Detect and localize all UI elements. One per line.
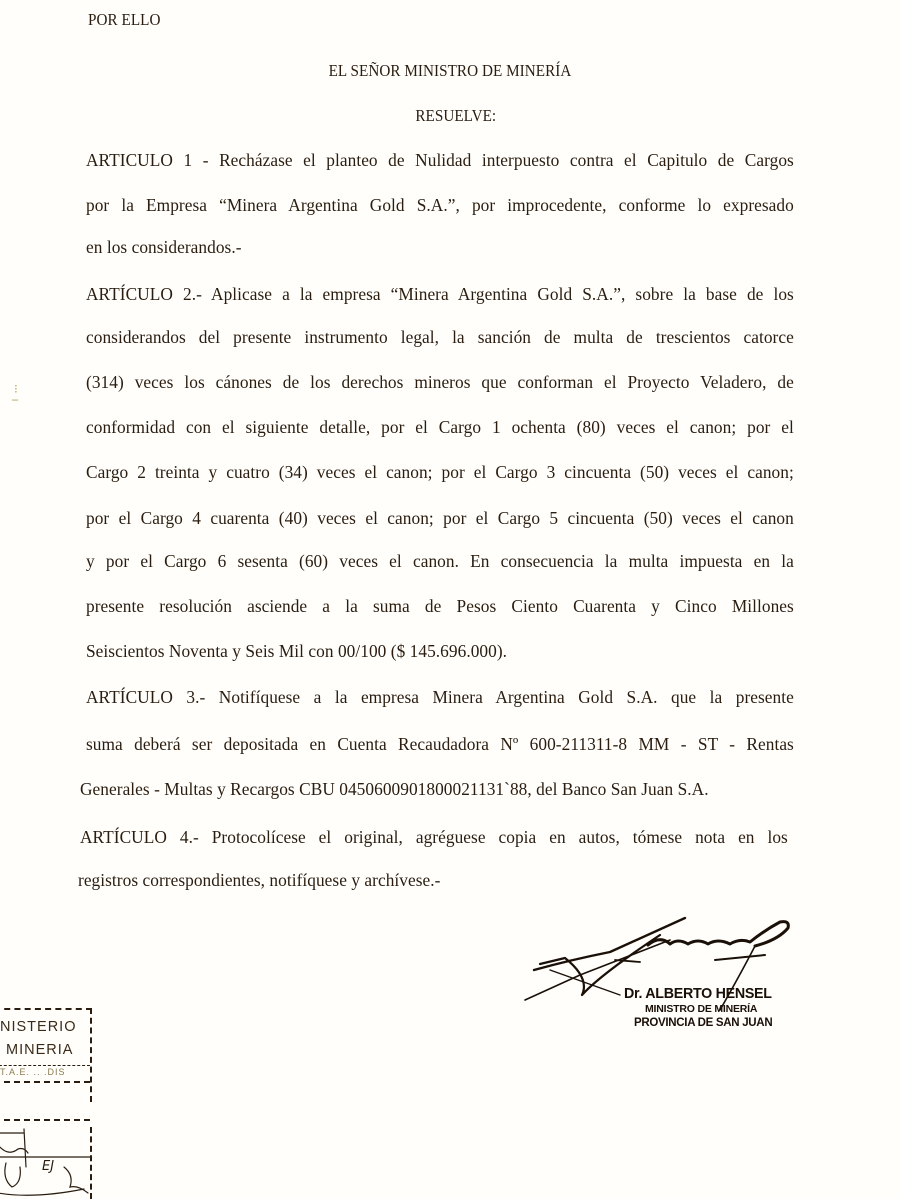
intro-text: POR ELLO	[88, 9, 160, 31]
stamp-handwritten-note: EJ	[42, 1159, 54, 1174]
article-line: presente resolución asciende a la suma d…	[86, 595, 794, 617]
signatory-province: PROVINCIA DE SAN JUAN	[634, 1017, 772, 1029]
document-page: POR ELLO EL SEÑOR MINISTRO DE MINERÍA RE…	[0, 0, 900, 1199]
stamp-text-line3: T.A.E. .. .DIS	[0, 1067, 66, 1077]
margin-mark: ⁝	[14, 382, 18, 396]
article-line: registros correspondientes, notifíquese …	[78, 869, 786, 891]
stamp-text-line2: MINERIA	[6, 1042, 73, 1058]
ministry-stamp: NISTERIO MINERIA T.A.E. .. .DIS EJ	[0, 1005, 94, 1199]
margin-mark: ‾	[12, 398, 18, 412]
article-line: Seiscientos Noventa y Seis Mil con 00/10…	[86, 640, 794, 662]
signatory-title: MINISTRO DE MINERÍA	[645, 1003, 757, 1015]
article-line: suma deberá ser depositada en Cuenta Rec…	[86, 733, 794, 755]
article-line: conformidad con el siguiente detalle, po…	[86, 416, 794, 438]
article-line: considerandos del presente instrumento l…	[86, 326, 794, 348]
stamp-text-line1: NISTERIO	[0, 1019, 76, 1035]
stamp-rule	[0, 1119, 90, 1121]
heading-resuelve: RESUELVE:	[36, 105, 870, 127]
article-line: en los considerandos.-	[86, 236, 794, 258]
article-line: y por el Cargo 6 sesenta (60) veces el c…	[86, 550, 794, 572]
article-line: ARTICULO 1 - Recházase el planteo de Nul…	[86, 149, 794, 171]
signatory-name: Dr. ALBERTO HENSEL	[624, 985, 772, 1002]
stamp-lower-box: EJ	[0, 1127, 92, 1199]
article-line: (314) veces los cánones de los derechos …	[86, 371, 794, 393]
signature-block: Dr. ALBERTO HENSEL MINISTRO DE MINERÍA P…	[520, 900, 840, 1050]
article-line: por la Empresa “Minera Argentina Gold S.…	[86, 194, 794, 216]
article-line: Generales - Multas y Recargos CBU 045060…	[80, 778, 788, 800]
stamp-rule	[0, 1065, 90, 1066]
article-line: Cargo 2 treinta y cuatro (34) veces el c…	[86, 461, 794, 483]
article-line: por el Cargo 4 cuarenta (40) veces el ca…	[86, 507, 794, 529]
stamp-rule	[0, 1081, 90, 1083]
heading-minister: EL SEÑOR MINISTRO DE MINERÍA	[36, 60, 864, 82]
article-line: ARTÍCULO 4.- Protocolícese el original, …	[80, 826, 788, 848]
article-line: ARTÍCULO 3.- Notifíquese a la empresa Mi…	[86, 686, 794, 708]
article-line: ARTÍCULO 2.- Aplicase a la empresa “Mine…	[86, 283, 794, 305]
